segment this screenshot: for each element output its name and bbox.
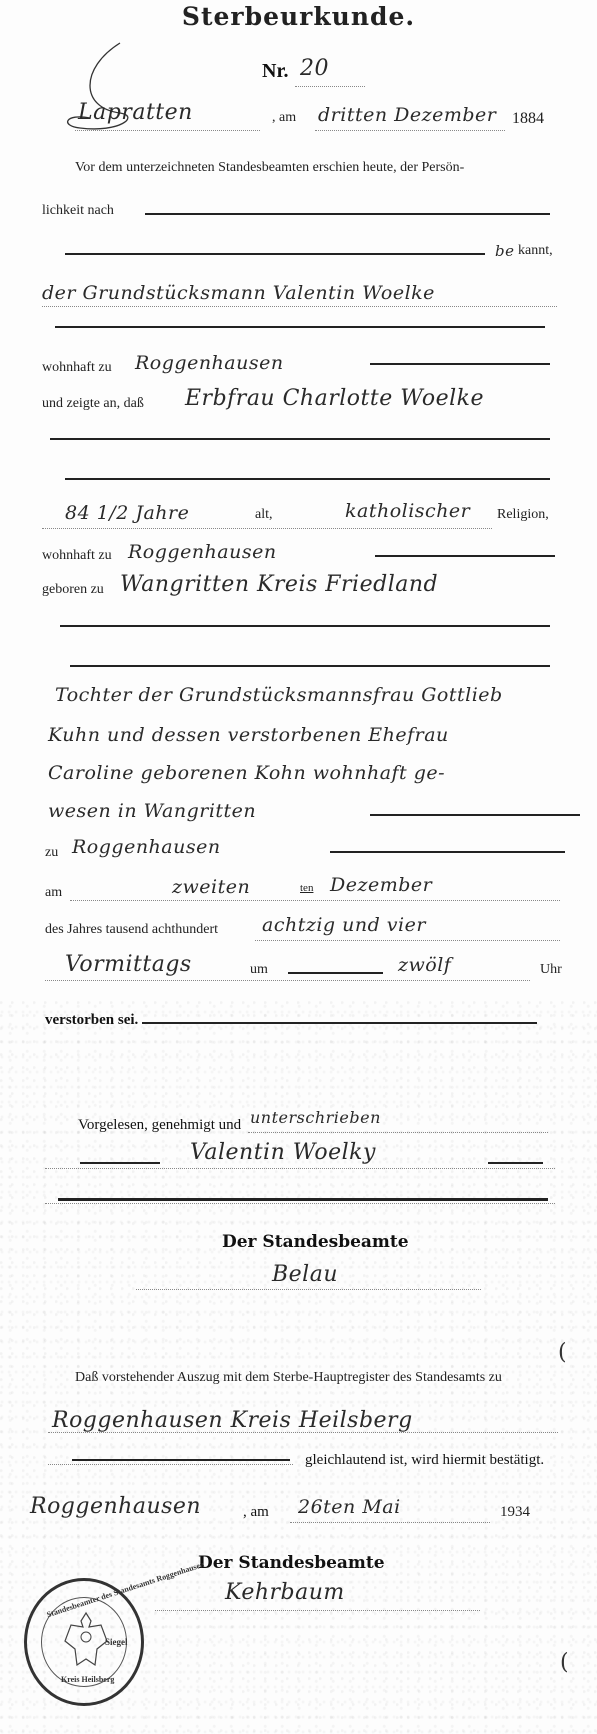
blank-line [65,253,485,255]
certification-office: Roggenhausen Kreis Heilsberg [52,1408,413,1433]
known-print: kannt, [518,243,553,259]
time-label: um [250,962,268,978]
year-handwritten: achtzig und vier [262,914,426,936]
parents-line-1: Tochter der Grundstücksmannsfrau Gottlie… [55,684,503,706]
seal-lower-text: Kreis Heilsberg [61,1675,114,1684]
separator-dots [45,1203,555,1204]
blank-line [80,1162,160,1164]
number-underline [295,86,365,87]
parents-line-2: Kuhn und dessen verstorbenen Ehefrau [48,724,449,746]
death-day: zweiten [172,876,250,898]
parents-line-3: Caroline geborenen Kohn wohnhaft ge- [48,762,445,784]
date-underline [315,130,505,131]
blank-line [145,213,550,215]
hour: zwölf [398,954,451,976]
certification-date: 26ten Mai [298,1496,401,1518]
blank-line [370,814,580,816]
parents-line-4: wesen in Wangritten [48,800,256,822]
reported-label: und zeigte an, daß [42,396,144,412]
declarant-name: der Grundstücksmann Valentin Woelke [42,282,435,304]
blank-line [60,625,550,627]
separator-line [58,1198,548,1201]
eagle-icon [61,1607,111,1677]
margin-mark: ( [558,1340,567,1365]
hour-label: Uhr [540,962,562,978]
certification-official-title: Der Standesbeamte [198,1553,385,1573]
margin-mark: ( [560,1650,569,1675]
read-underline [248,1132,548,1133]
death-day-label: am [45,885,62,901]
place-underline [75,130,260,131]
document-page: Sterbeurkunde. Nr. 20 Lapratten , am dri… [0,0,597,1734]
died-label: verstorben sei. [45,1012,138,1029]
time-of-day: Vormittags [65,952,192,977]
place-handwritten: Lapratten [78,100,193,125]
year-label: des Jahres tausend achthundert [45,922,218,938]
official-signature: Belau [272,1262,338,1287]
religion-label: Religion, [497,507,549,523]
death-day-suffix: ten [300,882,313,894]
religion-handwritten: katholischer [345,500,470,522]
office-dots [48,1464,293,1465]
seal-center-text: Siegel [105,1637,128,1647]
document-title: Sterbeurkunde. [0,2,597,31]
read-label: Vorgelesen, genehmigt und [78,1117,241,1134]
office-underline [48,1432,558,1433]
blank-line [50,438,550,440]
official-title: Der Standesbeamte [222,1232,409,1252]
time-underline [45,980,530,981]
declarant-residence-label: wohnhaft zu [42,360,112,376]
deceased-residence: Roggenhausen [128,541,277,563]
intro-text: Vor dem unterzeichneten Standesbeamten e… [75,160,464,176]
death-date-underline [70,900,560,901]
declarant-residence: Roggenhausen [135,352,284,374]
certification-date-label: , am [243,1504,269,1521]
age-label: alt, [255,507,273,523]
official-seal: Standesbeamter des Standesamts Roggenhau… [24,1578,144,1706]
blank-line [142,1022,537,1024]
name-underline [42,306,557,307]
blank-line [488,1162,543,1164]
blank-line [288,972,383,974]
date-handwritten: dritten Dezember [318,104,496,126]
birth-label: geboren zu [42,582,104,598]
read-handwritten: unterschrieben [250,1108,381,1127]
certification-text-1: Daß vorstehender Auszug mit dem Sterbe-H… [75,1370,502,1386]
date-label: , am [272,110,296,126]
number-label: Nr. [262,60,288,83]
blank-line [370,363,550,365]
death-place-label: zu [45,845,58,861]
declarant-signature: Valentin Woelky [190,1140,376,1165]
certification-date-underline [290,1522,490,1523]
number-value: 20 [300,56,329,81]
blank-line [65,478,550,480]
blank-line [55,326,545,328]
blank-line [330,851,565,853]
blank-line [70,665,550,667]
certification-place: Roggenhausen [30,1494,201,1519]
signature-underline [45,1168,555,1169]
certification-official-signature: Kehrbaum [225,1580,345,1605]
personality-label: lichkeit nach [42,203,114,219]
blank-line [72,1459,290,1461]
blank-line [375,555,555,557]
deceased-residence-label: wohnhaft zu [42,548,112,564]
certification-official-underline [155,1610,480,1611]
deceased-name: Erbfrau Charlotte Woelke [185,386,484,411]
death-month: Dezember [330,874,432,896]
certification-text-2: gleichlautend ist, wird hiermit bestätig… [305,1452,544,1469]
known-hand: be [495,242,514,260]
year-underline [255,940,560,941]
birth-place: Wangritten Kreis Friedland [120,572,438,597]
death-place: Roggenhausen [72,836,221,858]
age-handwritten: 84 1/2 Jahre [65,502,189,524]
age-underline [42,528,492,529]
official-underline [136,1289,481,1290]
year-printed: 1884 [512,110,544,128]
certification-year: 1934 [500,1504,530,1521]
